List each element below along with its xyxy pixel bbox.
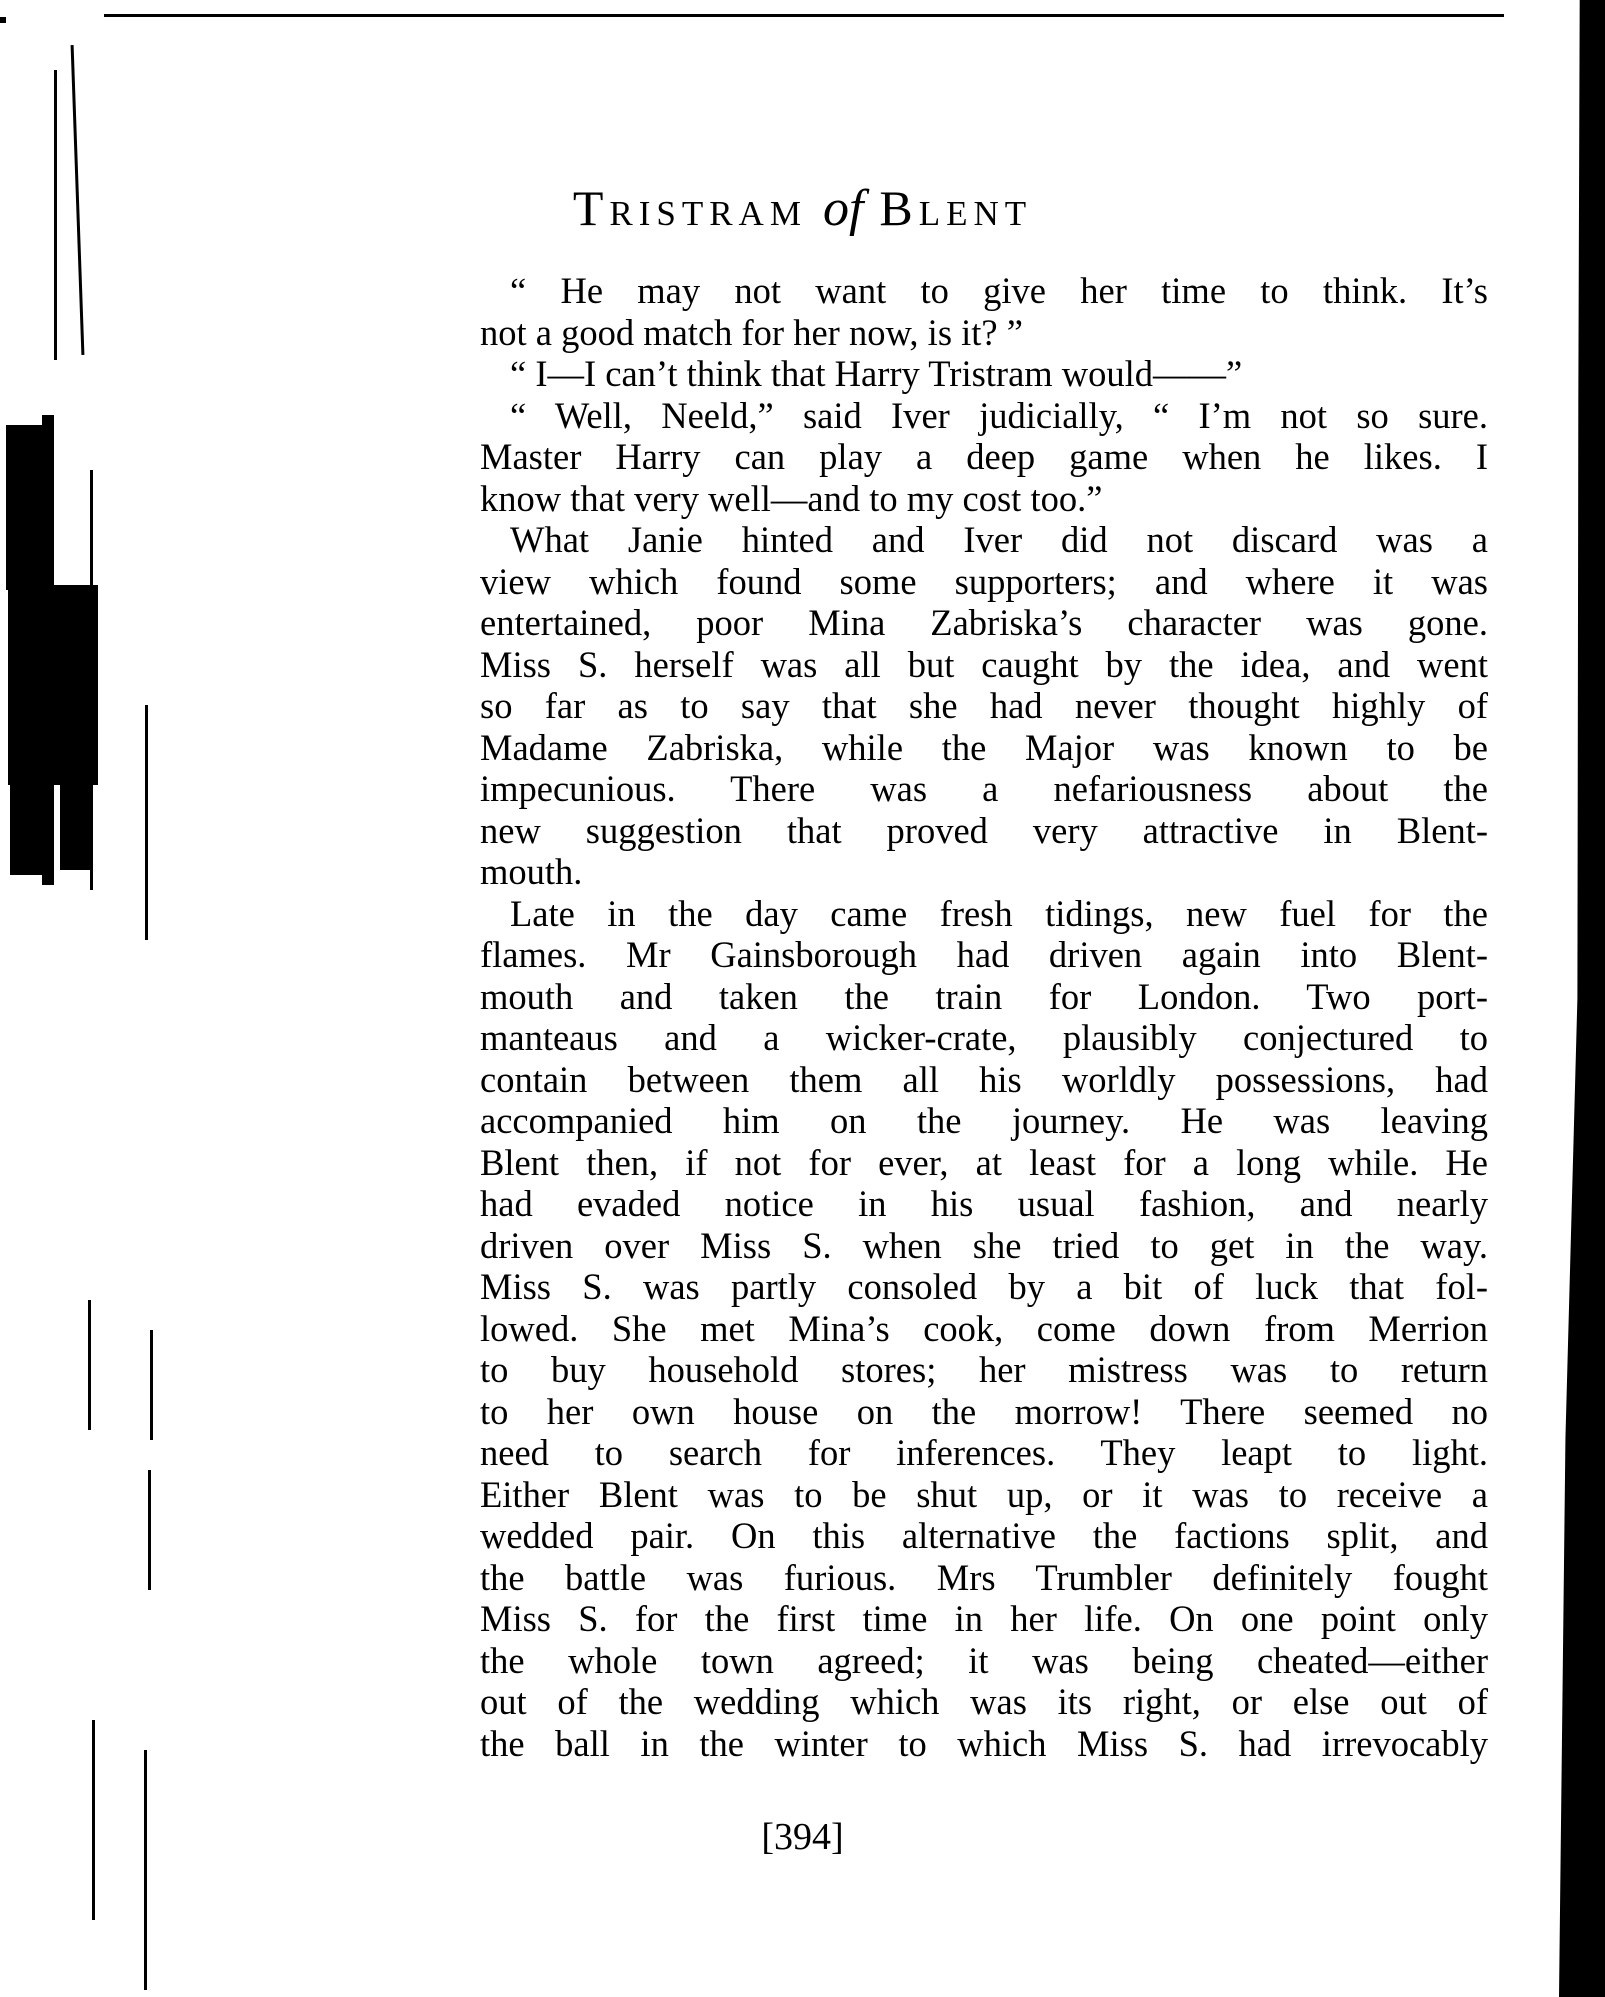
body-text: “ He may not want to give her time to th…: [480, 270, 1488, 1764]
text-line: mouth.: [480, 851, 1488, 893]
text-line: “ Well, Neeld,” said Iver judicially, “ …: [480, 395, 1488, 437]
text-line: Either Blent was to be shut up, or it wa…: [480, 1474, 1488, 1516]
text-line: the ball in the winter to which Miss S. …: [480, 1723, 1488, 1765]
text-line: Madame Zabriska, while the Major was kno…: [480, 727, 1488, 769]
text-line: manteaus and a wicker-crate, plausibly c…: [480, 1017, 1488, 1059]
running-head: TristramofBlent: [0, 178, 1605, 239]
text-line: the whole town agreed; it was being chea…: [480, 1640, 1488, 1682]
text-line: Master Harry can play a deep game when h…: [480, 436, 1488, 478]
text-line: know that very well—and to my cost too.”: [480, 478, 1488, 520]
text-line: “ He may not want to give her time to th…: [480, 270, 1488, 312]
text-line: not a good match for her now, is it? ”: [480, 312, 1488, 354]
page-top-rule: [104, 14, 1504, 17]
running-head-title-part1: Tristram: [573, 180, 807, 236]
text-line: to her own house on the morrow! There se…: [480, 1391, 1488, 1433]
text-line: had evaded notice in his usual fashion, …: [480, 1183, 1488, 1225]
text-line: Miss S. for the first time in her life. …: [480, 1598, 1488, 1640]
page-number: [394]: [0, 1815, 1605, 1859]
text-line: so far as to say that she had never thou…: [480, 685, 1488, 727]
page-edge-shadow-right: [1559, 0, 1605, 1997]
text-line: new suggestion that proved very attracti…: [480, 810, 1488, 852]
text-line: “ I—I can’t think that Harry Tristram wo…: [480, 353, 1488, 395]
text-line: entertained, poor Mina Zabriska’s charac…: [480, 602, 1488, 644]
text-line: view which found some supporters; and wh…: [480, 561, 1488, 603]
text-line: accompanied him on the journey. He was l…: [480, 1100, 1488, 1142]
text-line: lowed. She met Mina’s cook, come down fr…: [480, 1308, 1488, 1350]
text-line: to buy household stores; her mistress wa…: [480, 1349, 1488, 1391]
text-line: Blent then, if not for ever, at least fo…: [480, 1142, 1488, 1184]
text-line: Late in the day came fresh tidings, new …: [480, 893, 1488, 935]
text-line: mouth and taken the train for London. Tw…: [480, 976, 1488, 1018]
text-line: driven over Miss S. when she tried to ge…: [480, 1225, 1488, 1267]
running-head-connector: of: [823, 180, 863, 237]
text-line: need to search for inferences. They leap…: [480, 1432, 1488, 1474]
binding-shadow-left: [0, 0, 200, 1997]
text-line: out of the wedding which was its right, …: [480, 1681, 1488, 1723]
text-line: contain between them all his worldly pos…: [480, 1059, 1488, 1101]
text-line: the battle was furious. Mrs Trumbler def…: [480, 1557, 1488, 1599]
text-line: Miss S. was partly consoled by a bit of …: [480, 1266, 1488, 1308]
text-line: Miss S. herself was all but caught by th…: [480, 644, 1488, 686]
text-line: flames. Mr Gainsborough had driven again…: [480, 934, 1488, 976]
running-head-title-part2: Blent: [879, 180, 1032, 236]
text-line: impecunious. There was a nefariousness a…: [480, 768, 1488, 810]
text-line: wedded pair. On this alternative the fac…: [480, 1515, 1488, 1557]
text-line: What Janie hinted and Iver did not disca…: [480, 519, 1488, 561]
